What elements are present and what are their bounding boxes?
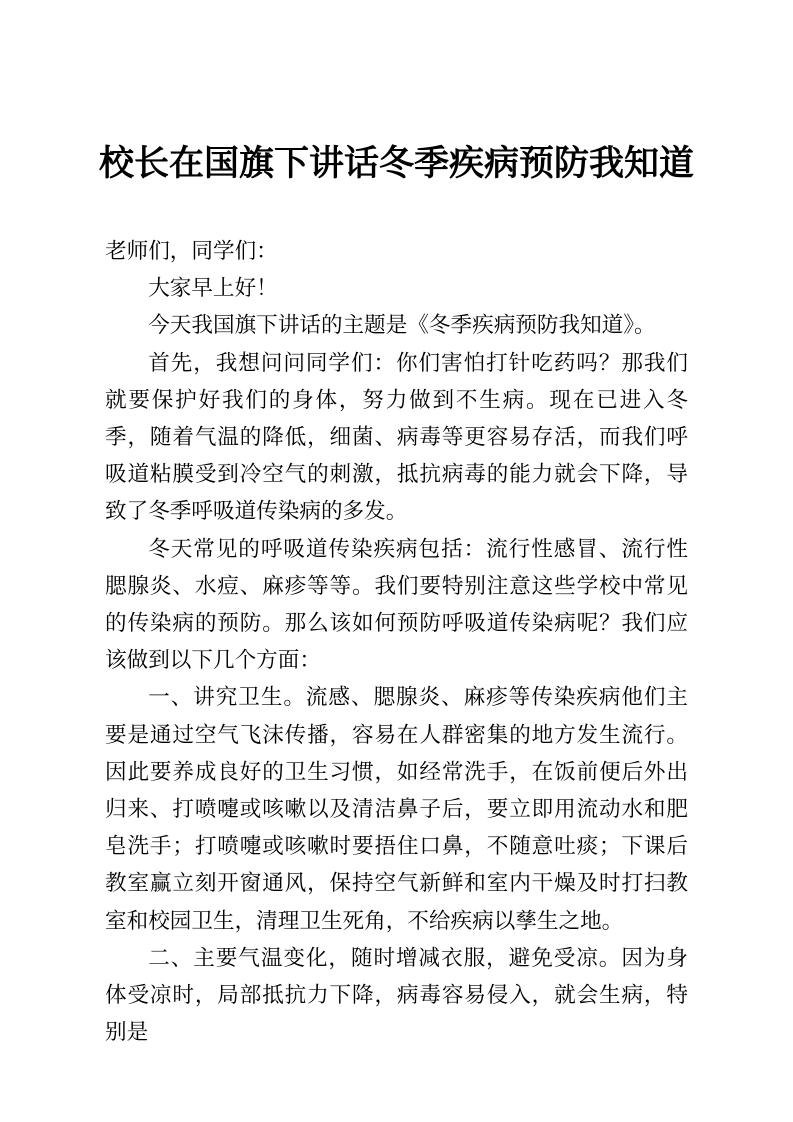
paragraph-diseases: 冬天常见的呼吸道传染疾病包括：流行性感冒、流行性腮腺炎、水痘、麻疹等等。我们要特… xyxy=(105,531,688,680)
paragraph-salutation: 老师们，同学们： xyxy=(105,233,688,270)
paragraph-theme: 今天我国旗下讲话的主题是《冬季疾病预防我知道》。 xyxy=(105,307,688,344)
paragraph-intro: 首先，我想问问同学们：你们害怕打针吃药吗？那我们就要保护好我们的身体，努力做到不… xyxy=(105,345,688,531)
paragraph-greeting: 大家早上好！ xyxy=(105,270,688,307)
paragraph-point-one: 一、讲究卫生。流感、腮腺炎、麻疹等传染疾病他们主要是通过空气飞沫传播，容易在人群… xyxy=(105,679,688,939)
document-page: 校长在国旗下讲话冬季疾病预防我知道 老师们，同学们： 大家早上好！ 今天我国旗下… xyxy=(0,0,793,1122)
document-body: 老师们，同学们： 大家早上好！ 今天我国旗下讲话的主题是《冬季疾病预防我知道》。… xyxy=(105,233,688,1051)
paragraph-point-two: 二、主要气温变化，随时增减衣服，避免受凉。因为身体受凉时，局部抵抗力下降，病毒容… xyxy=(105,940,688,1052)
document-title: 校长在国旗下讲话冬季疾病预防我知道 xyxy=(60,140,733,188)
